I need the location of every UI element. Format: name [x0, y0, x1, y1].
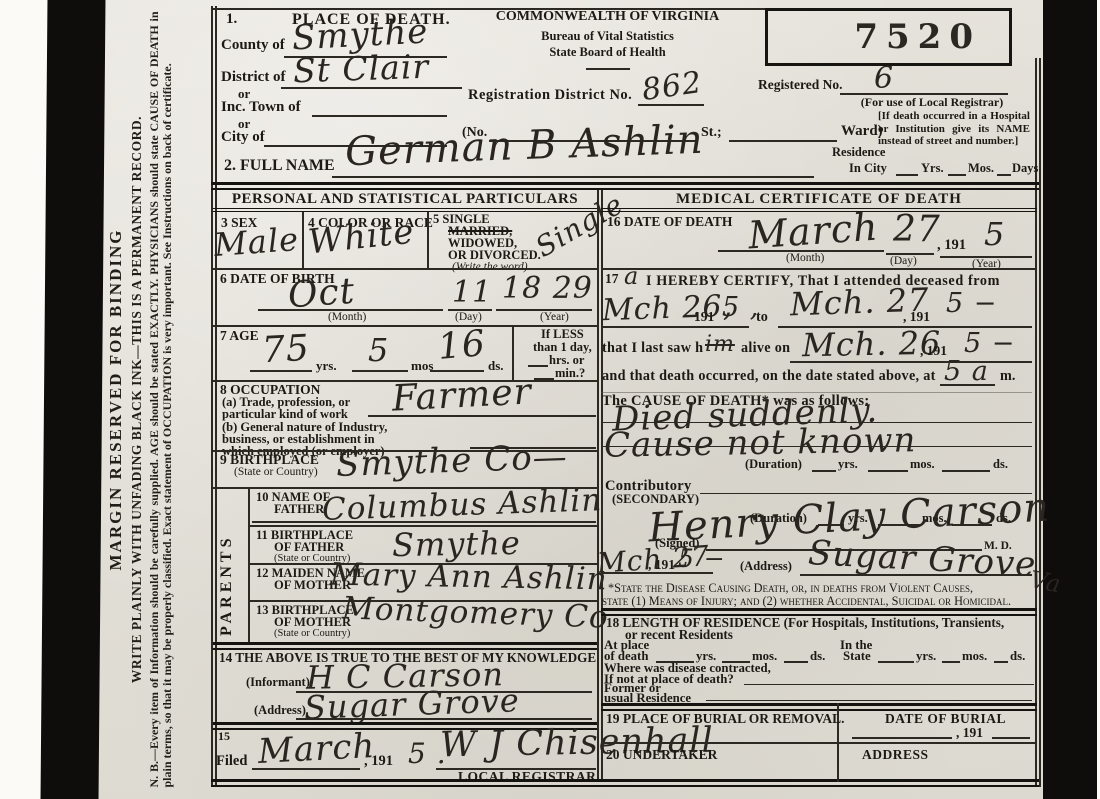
father-name-label-2: FATHER: [274, 503, 324, 516]
duration1-ds: ds.: [993, 458, 1008, 471]
county-label: County of: [221, 38, 285, 54]
certify-from-line: [601, 326, 749, 328]
parents-divider: [248, 487, 250, 642]
residence-incity-label: In City: [849, 162, 887, 175]
occupation-a-line: [368, 415, 596, 417]
mother-bp-sublabel: (State or Country): [274, 628, 350, 639]
birthplace-sublabel: (State or Country): [234, 466, 318, 478]
undertaker-label: 20 UNDERTAKER: [606, 748, 717, 762]
certificate-number: 7520: [854, 17, 981, 57]
dod-day-value: 27: [893, 212, 941, 248]
row19-top-separator: [601, 703, 1037, 711]
signed-year-value: 5 −: [678, 546, 726, 571]
age-yrs-value: 75: [261, 331, 311, 369]
street-blank: [729, 140, 837, 142]
st-label: St.;: [701, 126, 722, 141]
burial-date-year-blank: [992, 737, 1030, 739]
board-title: State Board of Health: [460, 46, 755, 59]
cause-rule-3: [601, 446, 1032, 447]
local-registrar-note: (For use of Local Registrar): [842, 96, 1022, 109]
fullname-label: 2. FULL NAME: [224, 158, 335, 175]
signed-address-state: Va: [1028, 567, 1063, 596]
residence18-instate-2: State: [843, 650, 871, 663]
row5-bottom: [213, 268, 597, 270]
dod-year-value: 5: [984, 218, 1005, 250]
form-right-border-outer: [1039, 58, 1041, 787]
certify-time-line: [940, 384, 995, 386]
age-ds-value: 16: [437, 326, 488, 366]
registration-district-label: Registration District No.: [468, 88, 632, 103]
dod-month-sublabel: (Month): [786, 252, 824, 264]
color-marital-divider: [427, 212, 429, 268]
informant-label: (Informant): [246, 676, 310, 689]
dod-day-sublabel: (Day): [890, 255, 917, 267]
duration1-mos-blank: [868, 470, 908, 472]
r18-atplace-ds-blank: [784, 661, 808, 663]
residence-mos-blank: [997, 174, 1011, 176]
age-ds-label: ds.: [488, 359, 504, 373]
city-label: City of: [221, 130, 265, 146]
certify-saw-fill: im: [705, 334, 735, 356]
dod-label: 16 DATE OF DEATH: [607, 215, 732, 229]
duration1-yrs-blank: [812, 470, 836, 472]
residence18-mos2: mos.: [962, 650, 987, 663]
binding-margin-text: MARGIN RESERVED FOR BINDING WRITE PLAINL…: [102, 0, 210, 799]
inc-town-blank-line: [312, 115, 447, 117]
r18-state-yrs-blank: [878, 661, 914, 663]
age-yrs-line: [250, 370, 312, 372]
father-bp-value: Smythe: [392, 527, 521, 561]
registered-no-label: Registered No.: [758, 78, 842, 92]
r18-state-mos-blank: [942, 661, 960, 663]
sex-value: Male: [213, 223, 300, 261]
certify-to-year: 5 −: [946, 290, 997, 317]
signed-date-line: [601, 572, 713, 574]
nb-note-text: N. B.—Every item of Information should b…: [148, 12, 174, 788]
signed-address-line: [800, 574, 1032, 576]
burial-date-year: , 191: [956, 726, 983, 740]
burial-place-label: 19 PLACE OF BURIAL OR REMOVAL.: [606, 712, 845, 726]
write-plainly-text: WRITE PLAINLY WITH UNFADING BLACK INK—TH…: [129, 116, 145, 683]
age-mos-line: [352, 370, 408, 372]
certify-to-word: to: [756, 310, 768, 325]
color-value: White: [307, 215, 416, 260]
right-binding-band: [1043, 0, 1097, 799]
residence-label: Residence: [832, 146, 885, 159]
dod-month-value: March: [747, 207, 880, 254]
top-section-separator: [211, 182, 1039, 190]
residence18-ds2: ds.: [1010, 650, 1025, 663]
margin-reserved-text: MARGIN RESERVED FOR BINDING: [106, 229, 126, 571]
certify-saw-line: [790, 361, 1032, 363]
certify-from-year: 5 ,: [722, 294, 759, 321]
age-label: 7 AGE: [220, 329, 259, 343]
mother-bp-value: Montgomery Co: [342, 593, 610, 633]
form-bottom-border: [211, 779, 1039, 787]
certify-saw-post: alive on: [741, 341, 790, 356]
certify-to-year-printed: , 191: [903, 310, 930, 324]
filed-month-line: [252, 768, 360, 770]
registration-district-value: 862: [640, 68, 704, 106]
dob-month-sublabel: (Month): [328, 311, 366, 323]
hospital-note: [If death occurred in a Hospital or Inst…: [878, 110, 1030, 148]
parents-label: PARENTS: [218, 500, 236, 636]
r18-contracted-blank: [744, 684, 1034, 685]
form-left-border-inner: [215, 6, 217, 787]
row16-bottom: [601, 268, 1037, 270]
fullname-line: [332, 176, 814, 178]
left-binding-band: [41, 0, 106, 799]
residence-days-label: Days: [1012, 162, 1038, 175]
birthplace-value: Smythe Co—: [335, 440, 568, 482]
commonwealth-title: COMMONWEALTH OF VIRGINIA: [460, 10, 755, 25]
dob-year-sublabel: (Year): [540, 311, 569, 323]
certify-saw-year: 5 −: [964, 330, 1015, 357]
fullname-value: German B Ashlin: [344, 120, 704, 172]
filed-year-printed: , 191: [364, 754, 393, 769]
item1-number: 1.: [226, 12, 237, 28]
dob-day-value: 11: [452, 278, 492, 308]
father-name-line: [252, 521, 596, 523]
r18-state-ds-blank: [994, 661, 1008, 663]
age-less-4: min.?: [555, 367, 585, 380]
certify-saw-year-printed: , 191: [920, 344, 947, 358]
form-left-border-outer: [211, 6, 213, 787]
informant-address-line: [296, 718, 592, 720]
registration-district-line: [638, 104, 704, 106]
burial-date-blank: [852, 737, 952, 739]
bureau-title: Bureau of Vital Statistics: [460, 30, 755, 43]
mother-name-value: Mary Ann Ashlin: [330, 560, 608, 596]
filed-month-value: March: [257, 729, 376, 769]
occupation-value: Farmer: [391, 374, 533, 417]
dob-day-sublabel: (Day): [455, 311, 482, 323]
certify-m-label: m.: [1000, 369, 1015, 384]
certify-saw-pre: that I last saw h: [602, 341, 703, 356]
district-label: District of: [221, 70, 286, 86]
personal-title: PERSONAL AND STATISTICAL PARTICULARS: [213, 192, 597, 208]
sex-color-divider: [302, 212, 304, 268]
age-yrs-label: yrs.: [316, 359, 337, 373]
parents-bottom-separator: [213, 642, 597, 650]
death-certificate-scan: MARGIN RESERVED FOR BINDING WRITE PLAINL…: [0, 0, 1100, 799]
certify-number: 17: [605, 272, 619, 286]
filed-label: Filed: [216, 754, 247, 769]
registered-no-value: 6: [874, 64, 894, 94]
cause-footnote-1: *State the Disease Causing Death, or, in…: [608, 582, 973, 595]
undertaker-address-label: ADDRESS: [862, 748, 929, 762]
district-value: St Clair: [292, 50, 429, 88]
duration1-mos: mos.: [910, 458, 935, 471]
certify-occurred-pre: and that death occurred, on the date sta…: [602, 369, 936, 384]
burial-date-label: DATE OF BURIAL: [885, 712, 1006, 726]
informant-address-label: (Address): [254, 704, 306, 717]
residence-mos-label: Mos.: [968, 162, 994, 175]
signed-year-printed: , 191: [648, 558, 675, 572]
signed-address-label: (Address): [740, 560, 792, 573]
row6-bottom: [213, 325, 597, 327]
duration1-ds-blank: [942, 470, 990, 472]
age-less-hrs-blank: [528, 365, 548, 367]
medical-title: MEDICAL CERTIFICATE OF DEATH: [601, 192, 1037, 208]
header-short-rule: [586, 68, 630, 70]
ward-label: Ward): [841, 124, 883, 140]
dod-year-printed: , 191: [937, 238, 966, 253]
residence-yrs-label: Yrs.: [921, 162, 944, 175]
duration1-label: (Duration): [745, 458, 802, 471]
residence-incity-blank: [896, 174, 918, 176]
age-mos-value: 5: [368, 334, 389, 366]
residence18-ds: ds.: [810, 650, 825, 663]
district-blank-line: [281, 87, 462, 89]
certify-time-value: 5 a: [944, 358, 989, 385]
residence18-yrs2: yrs.: [916, 650, 936, 663]
age-ds-line: [430, 370, 484, 372]
certify-stray-mark: a: [624, 264, 639, 288]
filed-section-number: 15: [218, 730, 230, 743]
dob-year-value: 18 29: [502, 274, 593, 304]
r18-former-blank: [706, 700, 1032, 701]
row19-bottom: [601, 742, 1037, 744]
residence-yrs-blank: [948, 174, 966, 176]
cause-footnote-2: state (1) Means of Injury; and (2) wheth…: [602, 595, 1011, 608]
inc-town-label: Inc. Town of: [221, 100, 301, 116]
certify-from-year-printed: 191: [694, 310, 714, 324]
duration1-yrs: yrs.: [838, 458, 858, 471]
certificate-number-box: 7520: [765, 8, 1012, 66]
